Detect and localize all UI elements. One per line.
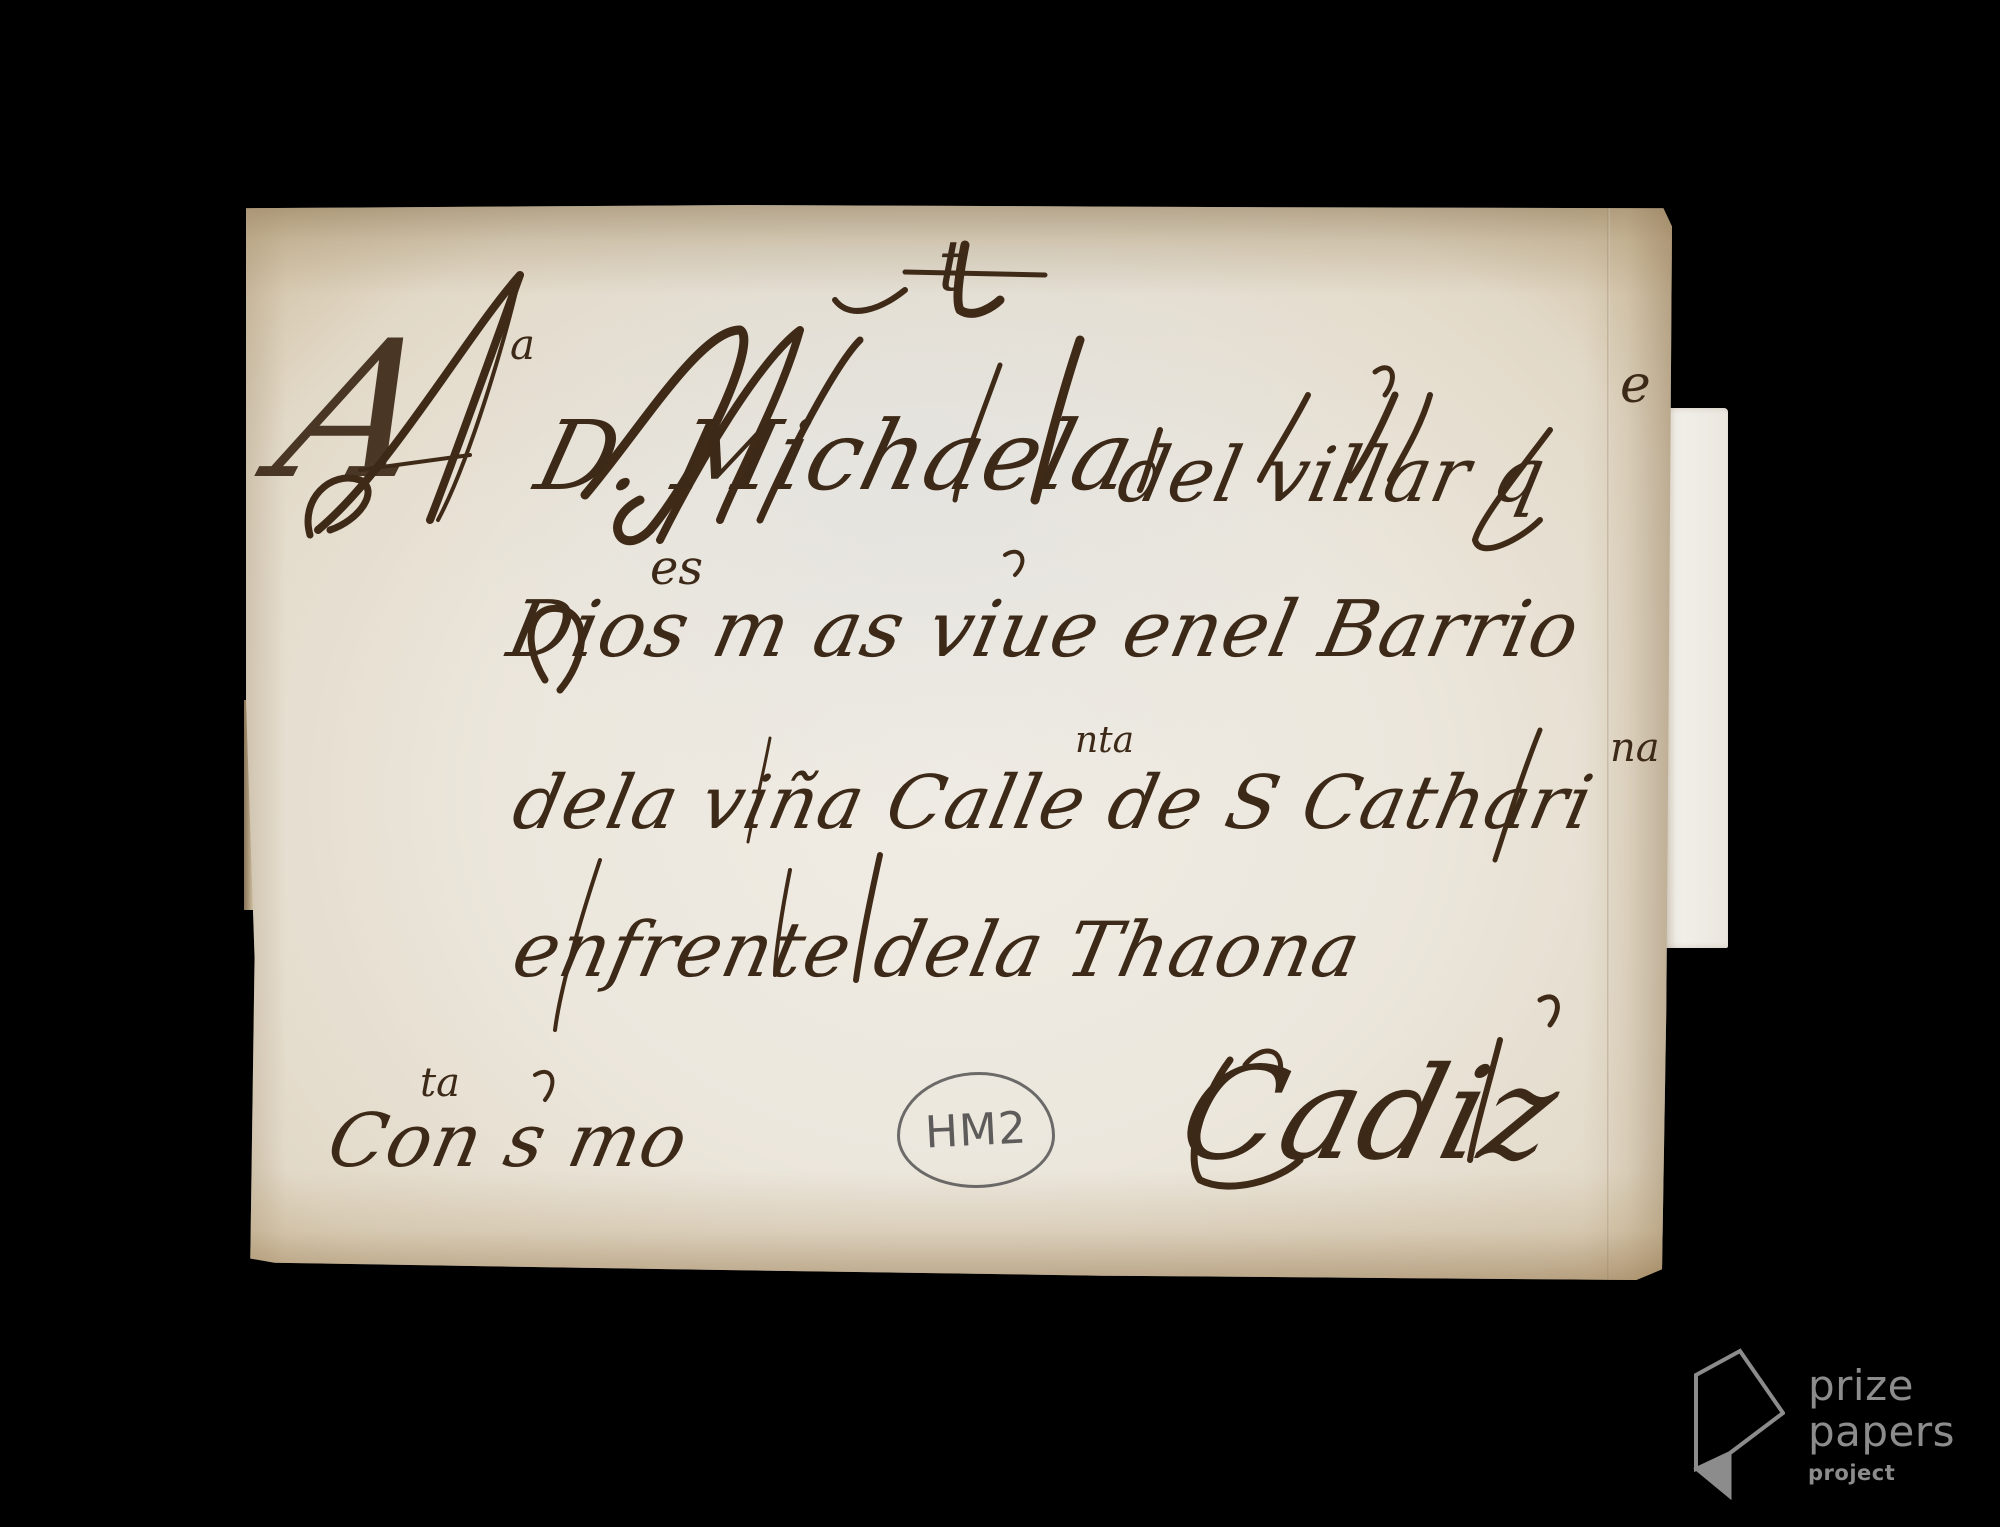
image-stage: A a t D. Michaela del villar q e es Dios… (0, 0, 2000, 1527)
recipient-surname: del villar q (1111, 430, 1554, 519)
destination-city: Cadiz (1166, 1040, 1573, 1189)
paper-stain-left (246, 205, 286, 1280)
logo-word-project: project (1808, 1463, 1955, 1484)
paper-tint (426, 245, 1426, 845)
logo-word-papers: papers (1808, 1409, 1955, 1455)
address-line-4: enfrente dela Thaona (506, 905, 1369, 994)
address-superscript-a: a (510, 320, 535, 369)
prize-papers-logo: prize papers project (1690, 1345, 1990, 1515)
archive-mark-label: HM2 (924, 1102, 1029, 1158)
logo-wordmark: prize papers project (1808, 1363, 1955, 1484)
address-superscript-t: t (938, 225, 966, 307)
archive-mark-circle: HM2 (897, 1072, 1055, 1188)
line3-superscript-1: nta (1075, 720, 1134, 761)
address-line-3: dela viña Calle de S Cathari (506, 760, 1601, 846)
closing-note: Con s mo (321, 1098, 696, 1184)
line3-superscript-2: na (1610, 725, 1660, 771)
address-line-2: Dios m as viue enel Barrio (500, 585, 1587, 675)
address-superscript-e: e (1620, 355, 1651, 415)
logo-word-prize: prize (1808, 1363, 1955, 1409)
prize-papers-logo-icon (1690, 1345, 1785, 1500)
recipient-name: D. Michaela (526, 400, 1146, 512)
inner-fold-flap (1662, 408, 1728, 948)
